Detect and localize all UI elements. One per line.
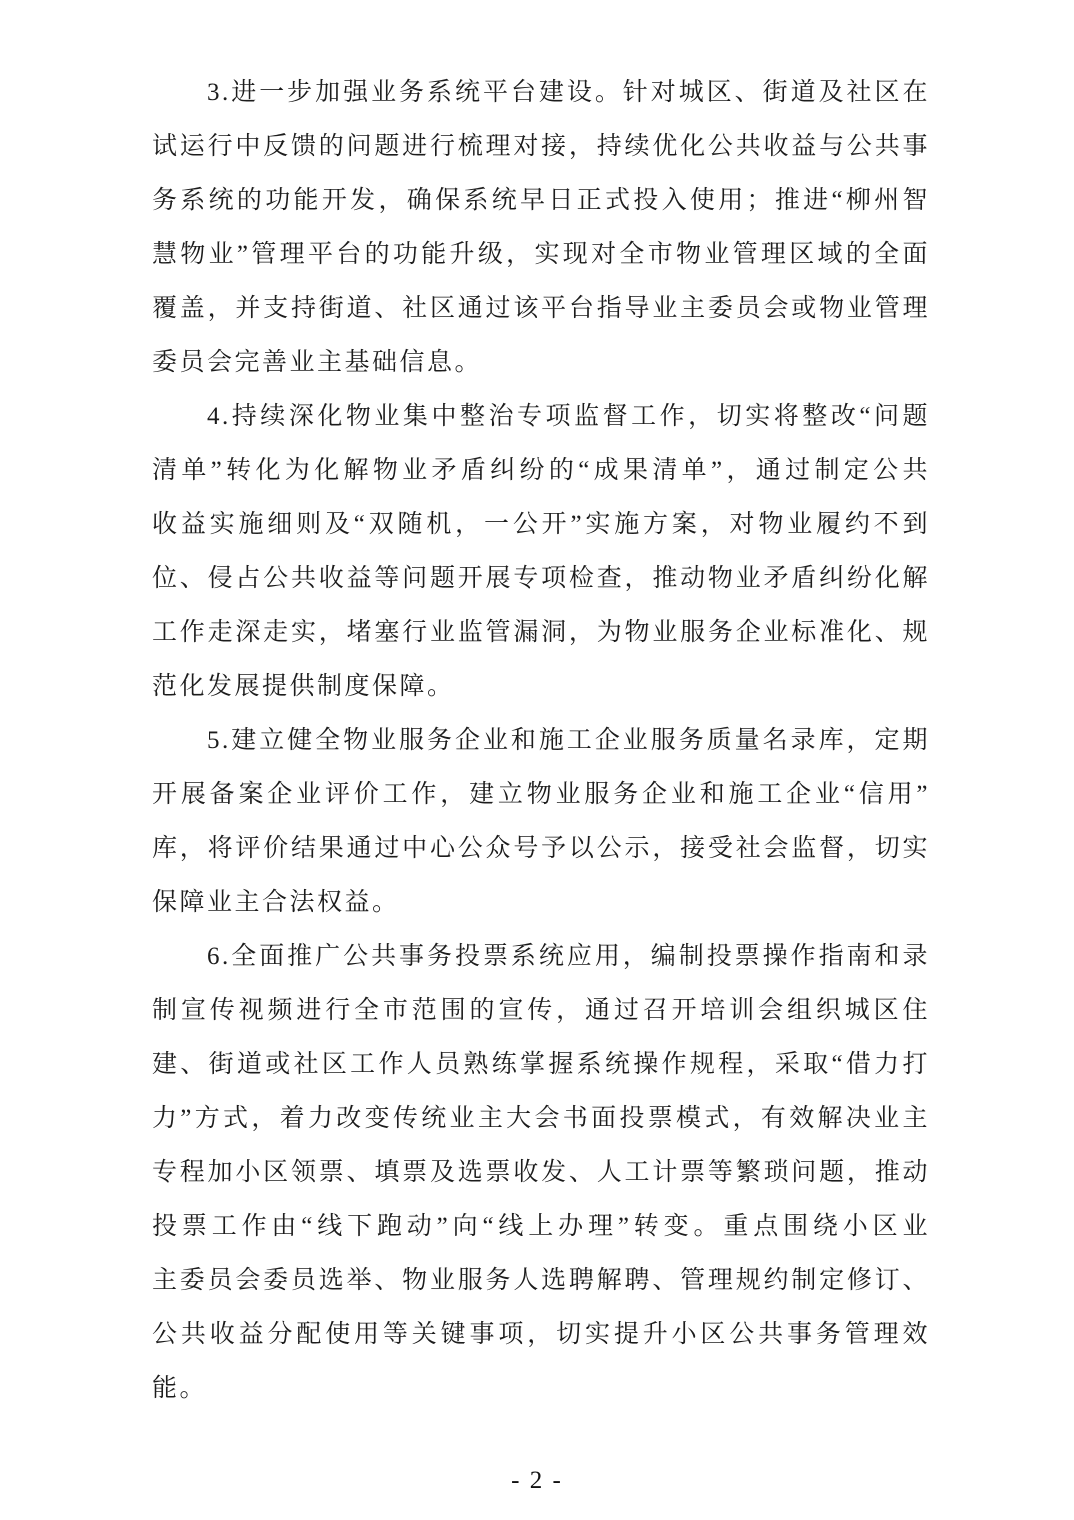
document-line: 库，将评价结果通过中心公众号予以公示，接受社会监督，切实 [152,822,930,876]
page-number: - 2 - [511,1467,563,1494]
document-line: 收益实施细则及“双随机，一公开”实施方案，对物业履约不到 [152,498,930,552]
document-line: 工作走深走实，堵塞行业监管漏洞，为物业服务企业标准化、规 [152,606,930,660]
page-footer: - 2 - [0,1466,1074,1496]
document-line: 能。 [152,1362,930,1416]
document-body: 3.进一步加强业务系统平台建设。针对城区、街道及社区在试运行中反馈的问题进行梳理… [152,66,930,1416]
paragraph: 6.全面推广公共事务投票系统应用，编制投票操作指南和录制宣传视频进行全市范围的宣… [152,930,930,1416]
document-line: 试运行中反馈的问题进行梳理对接，持续优化公共收益与公共事 [152,120,930,174]
document-line: 开展备案企业评价工作，建立物业服务企业和施工企业“信用” [152,768,930,822]
document-line: 建、街道或社区工作人员熟练掌握系统操作规程，采取“借力打 [152,1038,930,1092]
document-line: 5.建立健全物业服务企业和施工企业服务质量名录库，定期 [152,714,930,768]
paragraph: 5.建立健全物业服务企业和施工企业服务质量名录库，定期开展备案企业评价工作，建立… [152,714,930,930]
document-line: 3.进一步加强业务系统平台建设。针对城区、街道及社区在 [152,66,930,120]
document-line: 专程加小区领票、填票及选票收发、人工计票等繁琐问题，推动 [152,1146,930,1200]
document-line: 保障业主合法权益。 [152,876,930,930]
document-line: 委员会完善业主基础信息。 [152,336,930,390]
document-line: 位、侵占公共收益等问题开展专项检查，推动物业矛盾纠纷化解 [152,552,930,606]
document-line: 投票工作由“线下跑动”向“线上办理”转变。重点围绕小区业 [152,1200,930,1254]
document-line: 覆盖，并支持街道、社区通过该平台指导业主委员会或物业管理 [152,282,930,336]
document-line: 公共收益分配使用等关键事项，切实提升小区公共事务管理效 [152,1308,930,1362]
document-line: 主委员会委员选举、物业服务人选聘解聘、管理规约制定修订、 [152,1254,930,1308]
document-line: 6.全面推广公共事务投票系统应用，编制投票操作指南和录 [152,930,930,984]
document-line: 务系统的功能开发，确保系统早日正式投入使用；推进“柳州智 [152,174,930,228]
paragraph: 4.持续深化物业集中整治专项监督工作，切实将整改“问题清单”转化为化解物业矛盾纠… [152,390,930,714]
document-line: 范化发展提供制度保障。 [152,660,930,714]
document-page: 3.进一步加强业务系统平台建设。针对城区、街道及社区在试运行中反馈的问题进行梳理… [0,0,1074,1520]
document-line: 制宣传视频进行全市范围的宣传，通过召开培训会组织城区住 [152,984,930,1038]
document-line: 慧物业”管理平台的功能升级，实现对全市物业管理区域的全面 [152,228,930,282]
paragraph: 3.进一步加强业务系统平台建设。针对城区、街道及社区在试运行中反馈的问题进行梳理… [152,66,930,390]
document-line: 清单”转化为化解物业矛盾纠纷的“成果清单”，通过制定公共 [152,444,930,498]
document-line: 力”方式，着力改变传统业主大会书面投票模式，有效解决业主 [152,1092,930,1146]
document-line: 4.持续深化物业集中整治专项监督工作，切实将整改“问题 [152,390,930,444]
